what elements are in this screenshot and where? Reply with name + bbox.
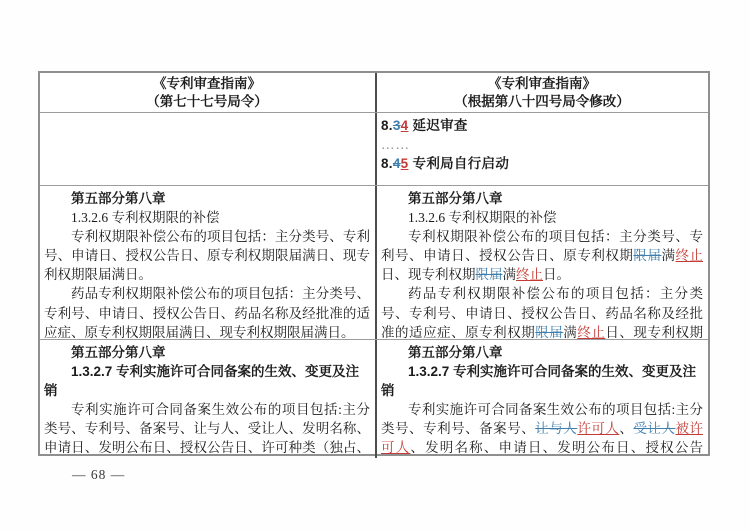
text-run: 延迟审查: [408, 118, 467, 133]
text-run: 专利权期限补偿公布的项目包括：主分类号、专利号、申请日、授权公告日、原专利权期限…: [44, 229, 370, 282]
table-row-term-compensation: 第五部分第八章 1.3.2.6 专利权期限的补偿 专利权期限补偿公布的项目包括：…: [40, 185, 708, 339]
deleted-text: 限届: [633, 248, 661, 263]
table-row-license-recordal: 第五部分第八章 1.3.2.7 专利实施许可合同备案的生效、变更及注销 专利实施…: [40, 339, 708, 458]
table-row-renumbered-sections: 8.34 延迟审查 …… 8.45 专利局自行启动 ……: [40, 112, 708, 185]
text-run: 1.3.2.6 专利权期限的补偿: [71, 210, 220, 225]
text-run: 日、现专利权期: [605, 325, 703, 339]
table-header-row: 《专利审查指南》 （第七十七号局令） 《专利审查指南》 （根据第八十四号局令修改…: [40, 73, 708, 112]
deleted-text: 限届: [476, 267, 503, 282]
deleted-text: 让与人: [535, 421, 577, 436]
section-subheading: 1.3.2.7 专利实施许可合同备案的生效、变更及注销: [44, 362, 370, 400]
text-run: 满: [661, 248, 675, 263]
deleted-text: 受让人: [633, 421, 675, 436]
text-run: 第五部分第八章: [408, 191, 503, 206]
inserted-text: 终止: [516, 267, 543, 282]
chapter-heading: 第五部分第八章: [44, 189, 370, 208]
chapter-heading: 第五部分第八章: [381, 189, 703, 208]
section-subheading: 1.3.2.6 专利权期限的补偿: [381, 208, 703, 227]
paragraph: 药品专利权期限补偿公布的项目包括：主分类号、专利号、申请日、授权公告日、药品名称…: [44, 284, 370, 339]
old-guide-subtitle: （第七十七号局令）: [44, 93, 370, 111]
text-run: 满: [563, 325, 577, 339]
text-run: 1.3.2.6 专利权期限的补偿: [408, 210, 557, 225]
section-subheading: 1.3.2.6 专利权期限的补偿: [44, 208, 370, 227]
inserted-text: 许可人: [577, 421, 619, 436]
paragraph: 专利权期限补偿公布的项目包括：主分类号、专利号、申请日、授权公告日、原专利权期限…: [44, 227, 370, 284]
old-cell-empty: [40, 113, 377, 185]
guideline-comparison-table: 《专利审查指南》 （第七十七号局令） 《专利审查指南》 （根据第八十四号局令修改…: [38, 71, 710, 456]
chapter-heading: 第五部分第八章: [44, 343, 370, 362]
section-heading-delayed-examination: 8.34 延迟审查: [381, 116, 703, 135]
text-run: 、: [619, 421, 633, 436]
text-run: 1.3.2.7 专利实施许可合同备案的生效、变更及注销: [381, 364, 696, 398]
text-run: ……: [381, 175, 410, 185]
page-number: — 68 —: [72, 467, 125, 483]
paragraph: 专利实施许可合同备案生效公布的项目包括:主分类号、专利号、备案号、让与人许可人、…: [381, 400, 703, 458]
text-run: 日、现专利权期: [381, 267, 476, 282]
text-run: 第五部分第八章: [408, 345, 503, 360]
text-run: ……: [381, 137, 410, 152]
paragraph: 专利权期限补偿公布的项目包括：主分类号、专利号、申请日、授权公告日、原专利权期限…: [381, 227, 703, 284]
header-cell-old-guide: 《专利审查指南》 （第七十七号局令）: [40, 73, 377, 112]
text-run: 第五部分第八章: [71, 191, 166, 206]
text-run: 1.3.2.7 专利实施许可合同备案的生效、变更及注销: [44, 364, 359, 398]
text-run: 、发明名称、申请日、发明公布日、授权公告日、许可种类（独占、排他、普通）、备案日…: [381, 440, 703, 458]
revised-guide-subtitle: （根据第八十四号局令修改）: [381, 93, 703, 111]
deleted-text: 4: [393, 156, 401, 171]
text-run: 专利局自行启动: [408, 156, 509, 171]
section-heading-office-initiated: 8.45 专利局自行启动: [381, 154, 703, 173]
text-run: 8.: [381, 118, 393, 133]
text-run: 第五部分第八章: [71, 345, 166, 360]
old-cell-term-compensation: 第五部分第八章 1.3.2.6 专利权期限的补偿 专利权期限补偿公布的项目包括：…: [40, 186, 377, 339]
text-run: 日。: [543, 267, 570, 282]
deleted-text: 限届: [535, 325, 563, 339]
inserted-text: 终止: [577, 325, 605, 339]
old-guide-title: 《专利审查指南》: [44, 75, 370, 93]
old-cell-license-recordal: 第五部分第八章 1.3.2.7 专利实施许可合同备案的生效、变更及注销 专利实施…: [40, 340, 377, 458]
header-cell-revised-guide: 《专利审查指南》 （根据第八十四号局令修改）: [377, 73, 708, 112]
section-subheading: 1.3.2.7 专利实施许可合同备案的生效、变更及注销: [381, 362, 703, 400]
chapter-heading: 第五部分第八章: [381, 343, 703, 362]
revised-guide-title: 《专利审查指南》: [381, 75, 703, 93]
paragraph: 专利实施许可合同备案生效公布的项目包括:主分类号、专利号、备案号、让与人、受让人…: [44, 400, 370, 458]
text-run: 8.: [381, 156, 393, 171]
document-page: 《专利审查指南》 （第七十七号局令） 《专利审查指南》 （根据第八十四号局令修改…: [0, 0, 750, 531]
text-run: 专利实施许可合同备案生效公布的项目包括:主分类号、专利号、备案号、让与人、受让人…: [44, 402, 370, 458]
deleted-text: 3: [393, 118, 401, 133]
paragraph: 药品专利权期限补偿公布的项目包括：主分类号、专利号、申请日、授权公告日、药品名称…: [381, 284, 703, 339]
inserted-text: 终止: [676, 248, 704, 263]
ellipsis-line: ……: [381, 173, 703, 185]
revised-cell-license-recordal: 第五部分第八章 1.3.2.7 专利实施许可合同备案的生效、变更及注销 专利实施…: [377, 340, 708, 458]
revised-cell-renumbered-sections: 8.34 延迟审查 …… 8.45 专利局自行启动 ……: [377, 113, 708, 185]
text-run: 满: [503, 267, 517, 282]
text-run: 药品专利权期限补偿公布的项目包括：主分类号、专利号、申请日、授权公告日、药品名称…: [44, 286, 370, 339]
revised-cell-term-compensation: 第五部分第八章 1.3.2.6 专利权期限的补偿 专利权期限补偿公布的项目包括：…: [377, 186, 708, 339]
ellipsis-line: ……: [381, 135, 703, 154]
